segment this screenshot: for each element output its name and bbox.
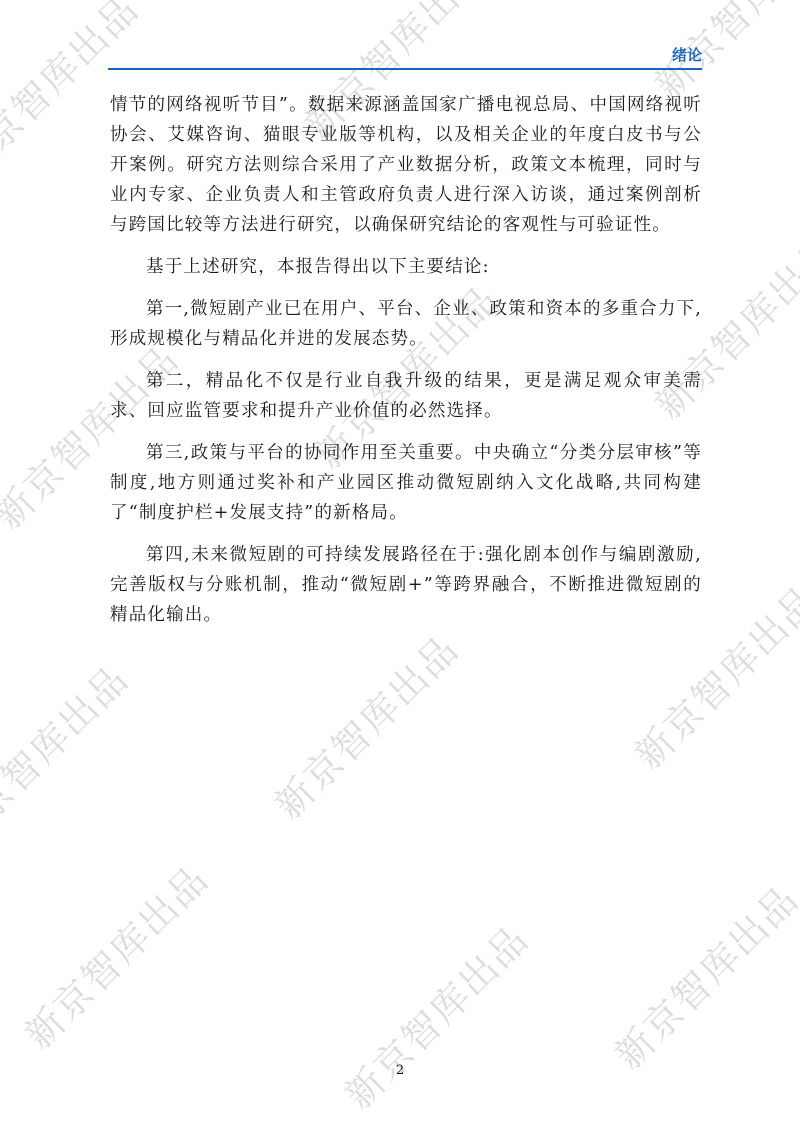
watermark: 新京智库出品: [0, 650, 139, 859]
page-header: 绪论: [0, 0, 800, 70]
paragraph-data-sources: 情节的网络视听节目”。数据来源涵盖国家广播电视总局、中国网络视听协会、艾媒咨询、…: [110, 90, 702, 240]
page-number: 2: [0, 1063, 800, 1078]
watermark: 新京智库出品: [600, 870, 800, 1079]
paragraph-conclusion-3: 第三,政策与平台的协同作用至关重要。中央确立“分类分层审核”等制度,地方则通过奖…: [110, 438, 702, 528]
watermark: 新京智库出品: [260, 620, 469, 829]
watermark: 新京智库出品: [10, 850, 219, 1059]
paragraph-conclusions-intro: 基于上述研究，本报告得出以下主要结论:: [110, 252, 702, 282]
paragraph-conclusion-1: 第一,微短剧产业已在用户、平台、企业、政策和资本的多重合力下,形成规模化与精品化…: [110, 294, 702, 354]
watermark: 新京智库出品: [330, 910, 539, 1119]
paragraph-conclusion-4: 第四,未来微短剧的可持续发展路径在于:强化剧本创作与编剧激励,完善版权与分账机制…: [110, 540, 702, 630]
document-body: 情节的网络视听节目”。数据来源涵盖国家广播电视总局、中国网络视听协会、艾媒咨询、…: [110, 90, 702, 642]
header-divider: [108, 68, 702, 70]
section-title: 绪论: [672, 44, 702, 65]
paragraph-conclusion-2: 第二，精品化不仅是行业自我升级的结果，更是满足观众审美需求、回应监管要求和提升产…: [110, 366, 702, 426]
